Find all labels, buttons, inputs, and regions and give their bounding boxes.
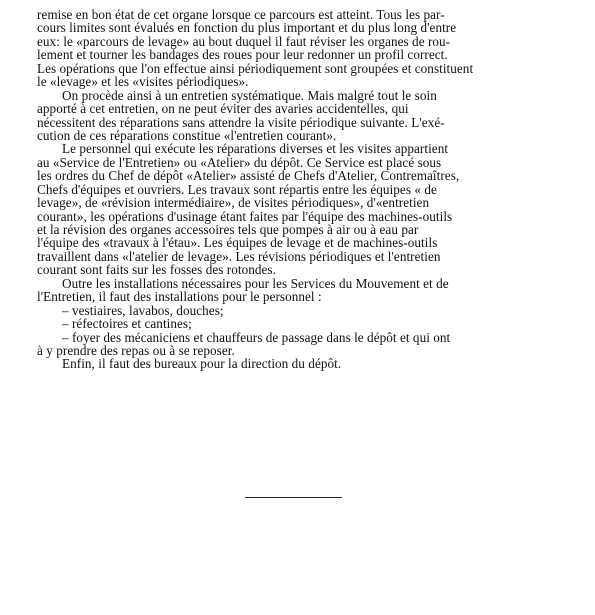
paragraph-start-line: Le personnel qui exécute les réparations… xyxy=(37,142,567,155)
list-item: – réfectoires et cantines; xyxy=(37,317,567,330)
paragraph-start-line: Outre les installations nécessaires pour… xyxy=(37,277,567,290)
text-line: Chefs d'équipes et ouvriers. Les travaux… xyxy=(37,183,567,196)
text-line: travaillent dans «l'atelier de levage». … xyxy=(37,250,567,263)
section-divider xyxy=(245,497,342,498)
list-item: – foyer des mécaniciens et chauffeurs de… xyxy=(37,331,567,344)
text-line: cution de ces réparations constitue «l'e… xyxy=(37,129,567,142)
text-line: remise en bon état de cet organe lorsque… xyxy=(37,8,567,21)
document-page: remise en bon état de cet organe lorsque… xyxy=(37,8,567,371)
text-line: apporté à cet entretien, on ne peut évit… xyxy=(37,102,567,115)
text-line: les ordres du Chef de dépôt «Atelier» as… xyxy=(37,169,567,182)
text-line: au «Service de l'Entretien» ou «Atelier»… xyxy=(37,156,567,169)
text-line: nécessitent des réparations sans attendr… xyxy=(37,116,567,129)
text-line: Les opérations que l'on effectue ainsi p… xyxy=(37,62,567,75)
text-line: eux: le «parcours de levage» au bout duq… xyxy=(37,35,567,48)
text-line: lement et tourner les bandages des roues… xyxy=(37,48,567,61)
text-line: courant», les opérations d'usinage étant… xyxy=(37,210,567,223)
text-line: cours limites sont évalués en fonction d… xyxy=(37,21,567,34)
text-line: et la révision des organes accessoires t… xyxy=(37,223,567,236)
text-line: courant sont faits sur les fosses des ro… xyxy=(37,263,567,276)
paragraph-start-line: Enfin, il faut des bureaux pour la direc… xyxy=(37,357,567,370)
text-line: à y prendre des repas ou à se reposer. xyxy=(37,344,567,357)
text-line: le «levage» et les «visites périodiques»… xyxy=(37,75,567,88)
list-item: – vestiaires, lavabos, douches; xyxy=(37,304,567,317)
text-line: l'Entretien, il faut des installations p… xyxy=(37,290,567,303)
text-line: levage», de «révision intermédiaire», de… xyxy=(37,196,567,209)
paragraph-start-line: On procède ainsi à un entretien systémat… xyxy=(37,89,567,102)
text-line: l'équipe des «travaux à l'étau». Les équ… xyxy=(37,236,567,249)
